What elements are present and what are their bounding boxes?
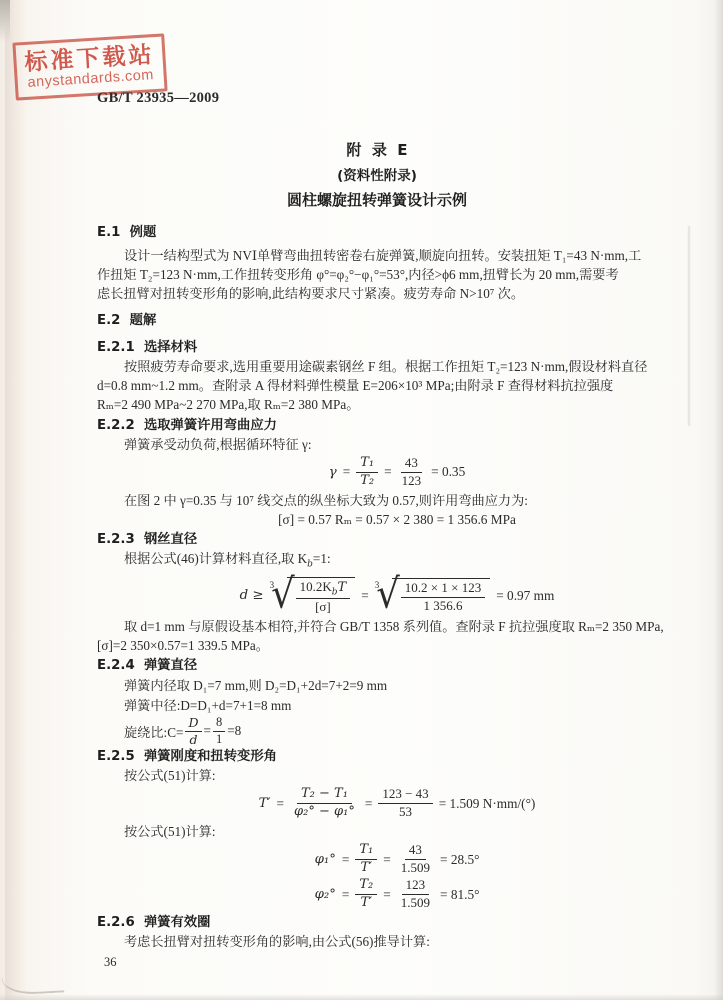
e25-calc2-line: 按公式(51)计算: [97, 822, 711, 841]
fraction: T₁ T′ [355, 843, 377, 876]
text-line: 取 d=1 mm 与原假设基本相符,并符合 GB/T 1358 系列值。查附录 … [97, 617, 711, 636]
heading-e26: E.2.6 弹簧有效圈 [97, 913, 711, 932]
t-prime-symbol: T′ [259, 796, 271, 811]
equals-sign: = [365, 796, 373, 812]
e23-intro-line: 根据公式(46)计算材料直径,取 Kb=1: [97, 549, 711, 575]
paragraph-e21: 按照疲劳寿命要求,选用重要用途碳素钢丝 F 组。根据工作扭矩 T₂=123 N·… [97, 357, 711, 414]
e24-line2: 弹簧中径:D=D₁+d=7+1=8 mm [97, 696, 711, 715]
heading-e24: E.2.4 弹簧直径 [97, 656, 711, 675]
e26-intro-line: 考虑长扭臂对扭转变形角的影响,由公式(56)推导计算: [97, 932, 711, 951]
e24-ratio-line: 旋绕比:C= D d = 8 1 =8 [97, 716, 711, 746]
standard-number: GB/T 23935—2009 [97, 90, 711, 106]
appendix-name: 圆柱螺旋扭转弹簧设计示例 [97, 190, 657, 211]
text-line: 设计一结构型式为 NVⅠ单臂弯曲扭转密卷右旋弹簧,顺旋向扭转。安装扭矩 T₁=4… [97, 246, 711, 265]
scanned-document-page: 标准下载站 anystandards.com GB/T 23935—2009 附… [0, 0, 723, 1000]
heading-e1: E.1 例题 [97, 223, 711, 242]
fraction: T₂ − T₁ φ₂° − φ₁° [290, 787, 359, 820]
heading-e23: E.2.3 钢丝直径 [97, 530, 711, 549]
text-line: d=0.8 mm~1.2 mm。查附录 A 得材料弹性模量 E=206×10³ … [97, 376, 711, 395]
equals-sign: = [277, 796, 285, 812]
equals-sign: = [383, 852, 391, 868]
equals-sign: = [342, 852, 350, 868]
equals-sign: = [204, 723, 211, 739]
gamma-symbol: γ [329, 465, 337, 480]
scan-left-edge-shadow [5, 0, 27, 1000]
phi2-symbol: φ₂° [315, 887, 336, 902]
e22-mid-line: 在图 2 中 γ=0.35 与 10⁷ 线交点的纵坐标大致为 0.57,则许用弯… [97, 491, 711, 510]
formula-result: = 28.5° [440, 852, 479, 868]
text-segment: =1: [313, 551, 331, 566]
fraction: 43 1.509 [397, 843, 434, 876]
text-line: Rₘ=2 490 MPa~2 270 MPa,取 Rₘ=2 380 MPa。 [97, 395, 711, 414]
fraction: 10.2 × 1 × 123 1 356.6 [401, 581, 485, 614]
appendix-type: (资料性附录) [97, 166, 657, 186]
radical-sign: √ [376, 574, 400, 615]
fraction: T₁ T₂ [356, 456, 378, 489]
formula-wire-diameter: d ≥ 3 √ 10.2KbT [σ] = 3 √ 10.2 × 1 × 123 [97, 577, 697, 616]
formula-phi2: φ₂° = T₂ T′ = 123 1.509 = 81.5° [97, 878, 697, 911]
fraction: 123 1.509 [397, 878, 434, 911]
fraction: 43 123 [398, 456, 426, 489]
appendix-title: 附 录 E [97, 140, 657, 161]
equals-sign: = [384, 464, 392, 480]
formula-phi1: φ₁° = T₁ T′ = 43 1.509 = 28.5° [97, 843, 697, 876]
page-number: 36 [104, 954, 711, 970]
formula-result: = 0.97 mm [496, 588, 554, 604]
text-segment: 旋绕比:C= [124, 722, 183, 741]
text-line: 按照疲劳寿命要求,选用重要用途碳素钢丝 F 组。根据工作扭矩 T₂=123 N·… [97, 357, 711, 376]
phi1-symbol: φ₁° [315, 852, 336, 867]
equals-sign: = [361, 588, 369, 604]
formula-result: = 81.5° [440, 887, 479, 903]
e24-line1: 弹簧内径取 D₁=7 mm,则 D₂=D₁+2d=7+2=9 mm [97, 676, 711, 695]
formula-result: = 0.35 [431, 464, 465, 480]
cube-root: 3 √ 10.2KbT [σ] [270, 577, 356, 616]
d-lhs: d ≥ [240, 588, 264, 603]
heading-e2: E.2 题解 [97, 311, 711, 330]
scan-right-edge-shadow [714, 0, 723, 1000]
fraction: 123 − 43 53 [378, 787, 432, 820]
text-line: 虑长扭臂对扭转变形角的影响,此结构要求尺寸紧凑。疲劳寿命 N>10⁷ 次。 [97, 284, 711, 303]
formula-stiffness: T′ = T₂ − T₁ φ₂° − φ₁° = 123 − 43 53 = 1… [97, 787, 697, 820]
equals-sign: = [383, 887, 391, 903]
scan-top-left-corner-mark [0, 0, 10, 42]
formula-gamma: γ = T₁ T₂ = 43 123 = 0.35 [97, 456, 697, 489]
e25-calc1-line: 按公式(51)计算: [97, 766, 711, 785]
text-line: 作扭矩 T₂=123 N·mm,工作扭转变形角 φ°=φ₂°−φ₁°=53°,内… [97, 265, 711, 284]
scan-bottom-edge [0, 994, 723, 1000]
heading-e21: E.2.1 选择材料 [97, 338, 711, 357]
e22-intro-line: 弹簧承受动负荷,根据循环特征 γ: [97, 435, 711, 454]
paragraph-e23: 取 d=1 mm 与原假设基本相符,并符合 GB/T 1358 系列值。查附录 … [97, 617, 711, 655]
equals-sign: = [342, 887, 350, 903]
fraction: T₂ T′ [355, 878, 377, 911]
text-line: [σ]=2 350×0.57=1 339.5 MPa。 [97, 636, 711, 655]
formula-sigma: [σ] = 0.57 Rₘ = 0.57 × 2 380 = 1 356.6 M… [97, 511, 697, 529]
formula-result: = 1.509 N·mm/(°) [439, 796, 536, 812]
fraction: 8 1 [213, 716, 225, 747]
radical-sign: √ [271, 574, 295, 615]
paragraph-e1: 设计一结构型式为 NVⅠ单臂弯曲扭转密卷右旋弹簧,顺旋向扭转。安装扭矩 T₁=4… [97, 246, 711, 303]
page-content: GB/T 23935—2009 附 录 E (资料性附录) 圆柱螺旋扭转弹簧设计… [97, 0, 711, 970]
text-segment: =8 [227, 723, 241, 739]
text-segment: 根据公式(46)计算材料直径,取 K [124, 551, 307, 566]
equals-sign: = [343, 464, 351, 480]
heading-e25: E.2.5 弹簧刚度和扭转变形角 [97, 747, 711, 766]
appendix-title-block: 附 录 E (资料性附录) 圆柱螺旋扭转弹簧设计示例 [97, 140, 657, 211]
heading-e22: E.2.2 选取弹簧许用弯曲应力 [97, 416, 711, 435]
fraction: 10.2KbT [σ] [296, 580, 351, 616]
cube-root: 3 √ 10.2 × 1 × 123 1 356.6 [375, 577, 491, 614]
fraction: D d [185, 716, 201, 747]
